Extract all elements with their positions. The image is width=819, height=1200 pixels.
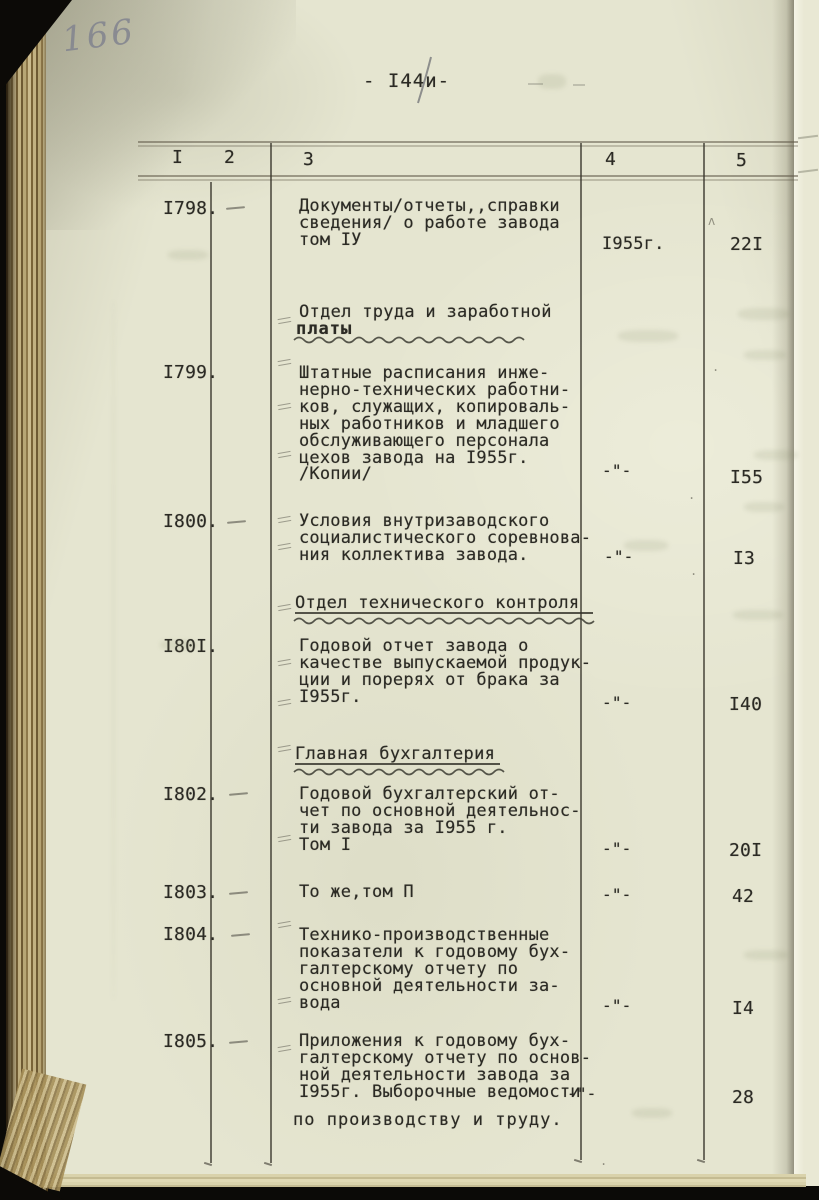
entry-description-line: I955г. [299, 689, 362, 706]
table-top-rule [138, 141, 798, 143]
entry-sheet-count: I55 [730, 469, 763, 486]
pencil-slash-mark [410, 55, 440, 105]
section-underline [295, 612, 593, 614]
ditto-mark: -"- [602, 840, 632, 857]
paper-crease [112, 300, 115, 1000]
bleed-through-smudge [168, 250, 208, 260]
ditto-mark: -"- [602, 462, 632, 479]
ditto-mark: -"- [567, 1085, 597, 1102]
entry-number: I799. [163, 364, 218, 381]
column-header-2: 2 [224, 149, 235, 166]
column-divider-4 [703, 143, 705, 1160]
entry-description-line: То же,том П [299, 884, 414, 901]
ink-speck: . [712, 360, 719, 374]
entry-sheet-count: I3 [733, 550, 755, 567]
entry-number: I804. [163, 926, 218, 943]
ink-speck: . [690, 564, 697, 578]
entry-sheet-count: 28 [732, 1089, 754, 1106]
ditto-mark: -"- [602, 694, 632, 711]
entry-sheet-count: 20I [729, 842, 762, 859]
section-heading: Главная бухгалтерия [295, 746, 495, 763]
bleed-through-smudge [160, 640, 198, 650]
wavy-underline [292, 766, 508, 778]
ditto-mark: -"- [602, 886, 632, 903]
entry-description-line: I955г. Выборочные ведомости [299, 1084, 581, 1101]
bleed-through-smudge [538, 74, 566, 89]
entry-sheet-count: I40 [729, 696, 762, 713]
bleed-through-smudge [733, 610, 783, 620]
entry-description-line: /Копии/ [299, 466, 372, 483]
ink-speck: ʌ [708, 214, 715, 228]
entry-year: I955г. [602, 236, 665, 253]
underlying-page-edge [794, 0, 819, 1186]
bleed-through-smudge [744, 502, 784, 512]
ink-speck: . [688, 488, 695, 502]
bleed-through-smudge [624, 540, 668, 551]
entry-number: I803. [163, 884, 218, 901]
entry-sheet-count: I4 [732, 1000, 754, 1017]
column-header-1: I [172, 149, 183, 166]
column-header-5: 5 [736, 152, 747, 169]
entry-sheet-count: 22I [730, 236, 763, 253]
entry-sheet-count: 42 [732, 888, 754, 905]
archival-document-scan: { "page": { "folio_handwritten": "166", … [0, 0, 819, 1200]
entry-number: I805. [163, 1033, 218, 1050]
entry-description-line: вода [299, 995, 341, 1012]
ink-speck: . [600, 1154, 607, 1168]
header-bottom-rule-2 [138, 179, 798, 181]
bleed-through-smudge [744, 350, 786, 360]
bleed-through-smudge [632, 1108, 672, 1118]
page-stack-edge [6, 0, 48, 1192]
entry-description-line: по производству и труду. [293, 1112, 563, 1129]
column-divider-3 [580, 143, 582, 1160]
column-divider-2 [270, 143, 272, 1163]
entry-number: I798. [163, 200, 218, 217]
bleed-through-smudge [744, 950, 788, 960]
bleed-through-smudge [618, 330, 678, 342]
entry-number: I800. [163, 513, 218, 530]
header-bottom-rule [138, 175, 798, 177]
entry-description-line: Том I [299, 837, 351, 854]
section-underline [295, 763, 500, 765]
bleed-through-smudge [754, 450, 798, 460]
table-top-rule-2 [138, 145, 798, 147]
entry-description-line: ния коллектива завода. [299, 547, 529, 564]
bleed-through-smudge [738, 308, 790, 320]
ditto-mark: -"- [604, 548, 634, 565]
ditto-mark: -"- [602, 997, 632, 1014]
column-header-4: 4 [605, 151, 616, 168]
wavy-underline [292, 334, 528, 346]
column-divider-1 [210, 182, 212, 1163]
section-heading: Отдел технического контроля [295, 595, 579, 612]
faded-dash-mark [573, 84, 585, 86]
entry-number: I802. [163, 786, 218, 803]
entry-description-line: том IУ [299, 232, 362, 249]
page-bottom-edge [46, 1174, 806, 1187]
wavy-underline [292, 615, 598, 627]
column-header-3: 3 [303, 151, 314, 168]
